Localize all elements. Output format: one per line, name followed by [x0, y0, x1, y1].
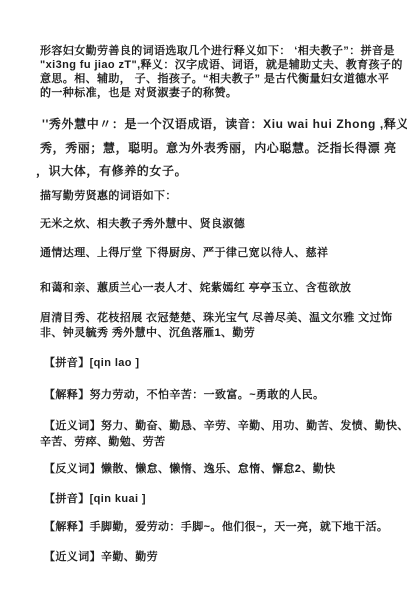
qinkuai-pinyin: 【拼音】[qin kuai ] [44, 492, 146, 506]
xiangfujiaozi-line-4: 的一种标准，也是 对贤淑妻子的称赞。 [40, 86, 237, 100]
qinlao-pinyin: 【拼音】[qin lao ] [44, 356, 139, 370]
word-list-line-1: 无米之炊、相夫教子秀外慧中、贤良淑德 [40, 217, 245, 231]
xiangfujiaozi-line-3: 意思。相、辅助， 子、指孩子。“相夫教子” 是古代衡量妇女道德水平 [40, 72, 389, 86]
qinkuai-jinyici: 【近义词】辛勤、勤劳 [44, 550, 158, 564]
qinlao-fanyici: 【反义词】懒散、懒怠、懒惰、逸乐、怠惰、懈怠2、勤快 [44, 462, 336, 476]
word-list-line-4: 眉清目秀、花枝招展 衣冠楚楚、珠光宝气 尽善尽美、温文尔雅 文过饰 [40, 311, 392, 325]
qinlao-jinyici-line-1: 【近义词】努力、勤奋、勤恳、辛劳、辛勤、用功、勤苦、发愤、勤快、 [44, 419, 407, 433]
qinlao-jinyici-line-2: 辛苦、劳瘁、勤勉、劳苦 [40, 435, 165, 449]
word-list-line-3: 和蔼和亲、蕙质兰心一表人才、姹紫嫣红 亭亭玉立、含苞欲放 [40, 281, 351, 295]
qinlao-jieshi: 【解释】努力劳动，不怕辛苦：一致富。~勇敢的人民。 [44, 388, 324, 402]
word-list-line-5: 非、钟灵毓秀 秀外慧中、沉鱼落雁1、勤劳 [40, 326, 255, 340]
xiangfujiaozi-line-1: 形容妇女勤劳善良的词语选取几个进行释义如下： ‘相夫教子”：拼音是 [40, 44, 395, 58]
xiuwaihuizhong-line-2: 秀，秀丽；慧，聪明。意为外表秀丽，内心聪慧。泛指长得漂 亮 [40, 141, 397, 155]
qinkuai-jieshi: 【解释】手脚勤，爱劳动：手脚~。他们很~，天一亮，就下地干活。 [44, 520, 388, 534]
xiuwaihuizhong-line-1: ''秀外慧中〃：是一个汉语成语，读音：Xiu wai hui Zhong ,释义… [42, 117, 407, 131]
xiangfujiaozi-line-2: "xi3ng fu jiao zT",释义：汉字成语、词语，就是辅助丈夫、教育孩… [40, 58, 403, 72]
word-list-line-2: 通情达理、上得厅堂 下得厨房、严于律己宽以待人、慈祥 [40, 246, 328, 260]
word-list-heading: 描写勤劳贤惠的词语如下： [40, 189, 177, 203]
xiuwaihuizhong-line-3: ，识大体，有修养的女子。 [36, 164, 187, 178]
document-page: 形容妇女勤劳善良的词语选取几个进行释义如下： ‘相夫教子”：拼音是 "xi3ng… [0, 0, 407, 600]
